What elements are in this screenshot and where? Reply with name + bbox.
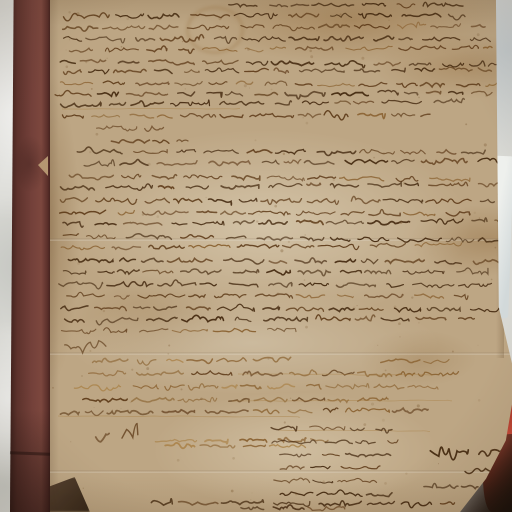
binding-strip <box>10 0 50 512</box>
handwriting-layer <box>0 0 512 512</box>
manuscript-page <box>40 0 512 512</box>
manuscript-photo <box>0 0 512 512</box>
